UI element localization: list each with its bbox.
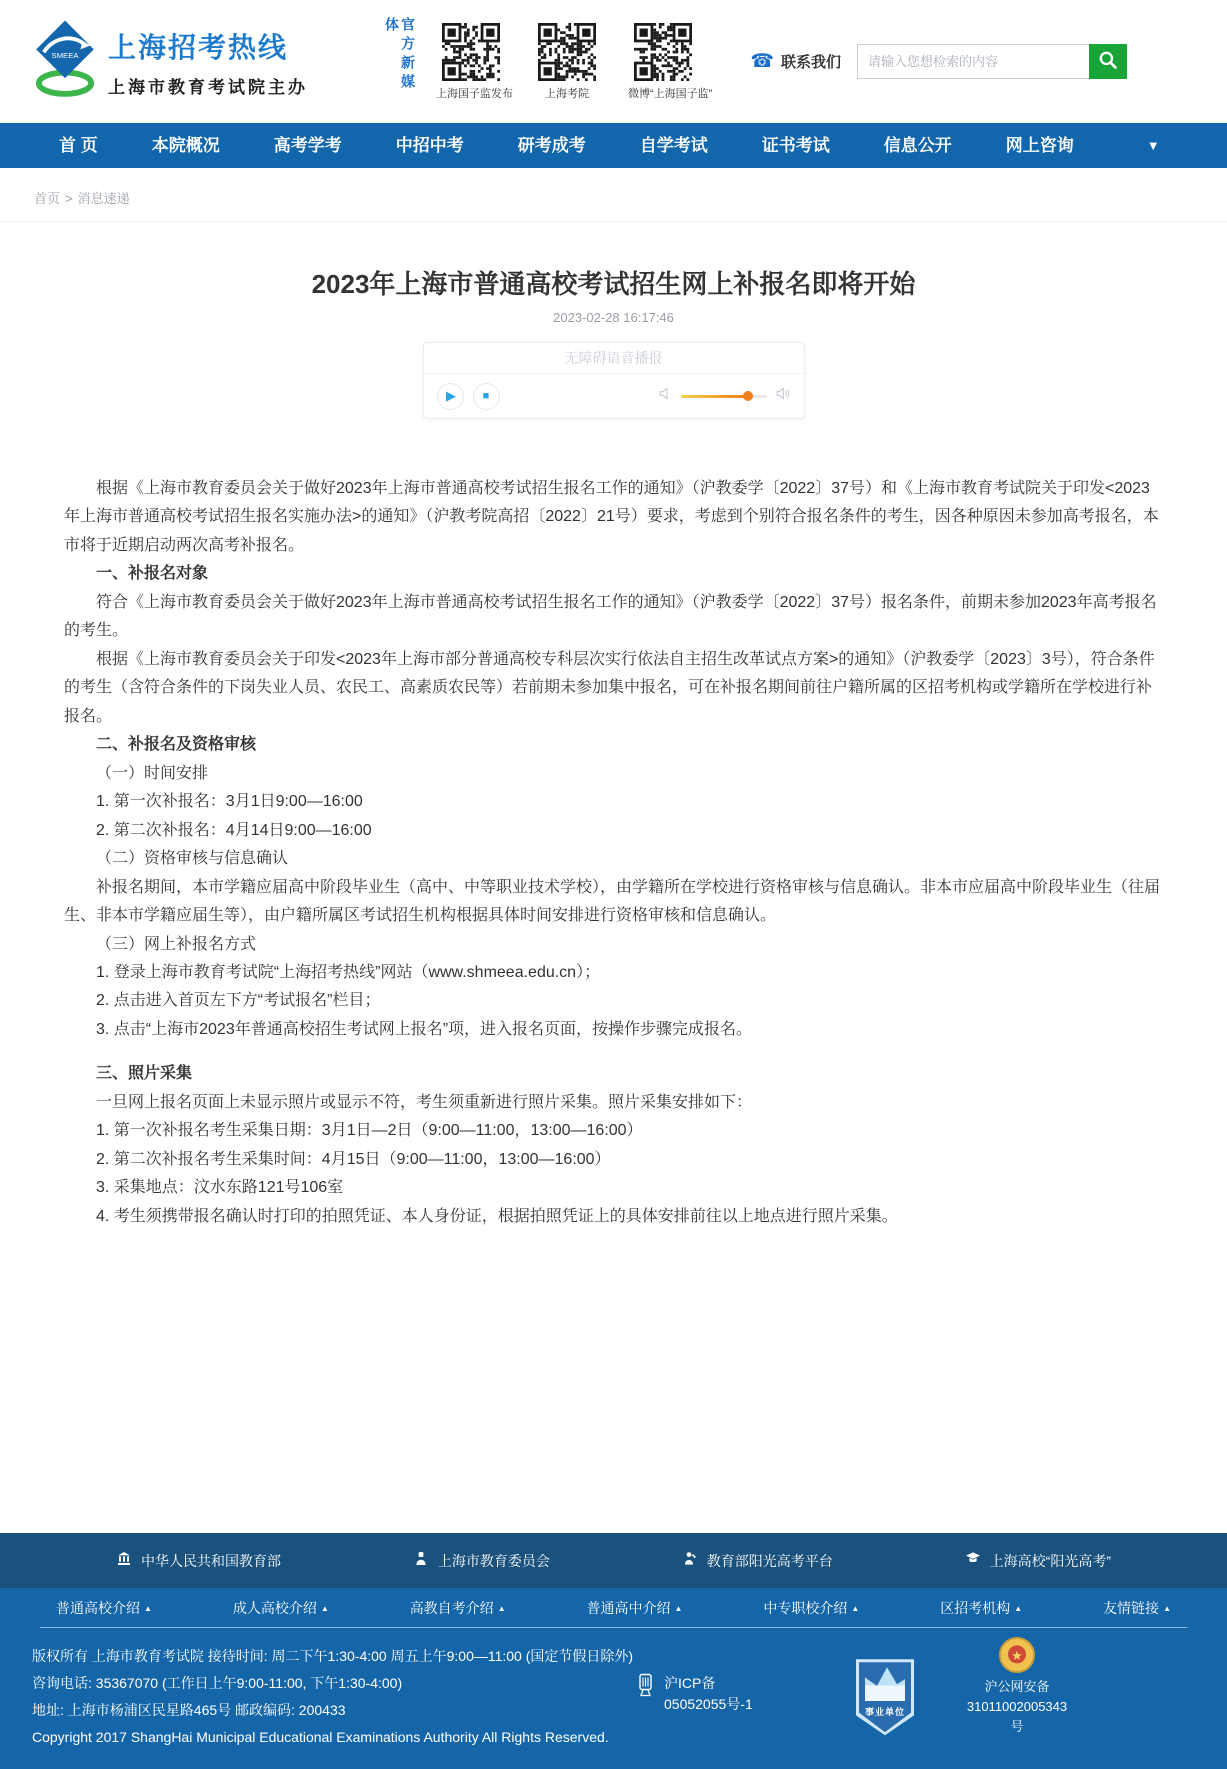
play-button[interactable]: ▶ (437, 383, 464, 410)
article-paragraph: 根据《上海市教育委员会关于印发<2023年上海市部分普通高校专科层次实行依法自主… (64, 646, 1163, 731)
page: SMEEA 上海招考热线 上海市教育考试院主办 官方新媒体 上海国子监发布 上海… (0, 0, 1227, 1769)
phone-icon: ☎ (750, 50, 774, 73)
chevron-up-icon: ▲ (498, 1604, 506, 1613)
footer-category-label: 成人高校介绍 (233, 1600, 317, 1616)
contact-us-link[interactable]: ☎ 联系我们 (750, 50, 841, 73)
qr-code-group: 上海国子监发布 上海考院 微博“上海国子监” (436, 23, 698, 101)
search-button[interactable] (1089, 44, 1127, 79)
volume-knob[interactable] (743, 391, 753, 401)
qr-code-label: 微博“上海国子监” (628, 85, 698, 101)
footer-link-label: 上海市教育委员会 (438, 1551, 550, 1571)
chevron-up-icon: ▲ (1163, 1604, 1171, 1613)
police-record[interactable]: ★ 沪公网安备 31011002005343 号 (952, 1637, 1082, 1737)
article-paragraph: 2. 第二次补报名：4月14日9:00—16:00 (64, 817, 1163, 845)
contact-us-label: 联系我们 (781, 51, 841, 72)
article-paragraph: 3. 采集地点：汶水东路121号106室 (64, 1174, 1163, 1202)
article-paragraph: 4. 考生须携带报名确认时打印的拍照凭证、本人身份证，根据拍照凭证上的具体安排前… (64, 1203, 1163, 1231)
volume-control (659, 387, 791, 405)
chevron-up-icon: ▲ (851, 1604, 859, 1613)
article-paragraph: 2. 第二次补报名考生采集时间：4月15日（9:00—11:00，13:00—1… (64, 1146, 1163, 1174)
nav-item[interactable]: 证书考试 (735, 123, 857, 168)
footer-category-link[interactable]: 普通高校介绍▲ (56, 1598, 152, 1618)
qr-code-item: 上海国子监发布 (436, 23, 506, 101)
qr-code-image (538, 23, 596, 81)
chevron-up-icon: ▲ (675, 1604, 683, 1613)
qr-code-image (634, 23, 692, 81)
footer-category-link[interactable]: 高教自考介绍▲ (410, 1598, 506, 1618)
site-logo[interactable]: SMEEA 上海招考热线 上海市教育考试院主办 (34, 19, 308, 104)
footer-category-link[interactable]: 区招考机构▲ (940, 1598, 1022, 1618)
icp-record[interactable]: 沪ICP备 05052055号-1 (636, 1673, 753, 1715)
article-paragraph: （三）网上补报名方式 (64, 931, 1163, 959)
police-line3: 号 (952, 1717, 1082, 1737)
breadcrumb: 首页>消息速递 (0, 168, 1227, 222)
audio-player: 无障碍语音播报 ▶ ■ (423, 342, 805, 419)
header: SMEEA 上海招考热线 上海市教育考试院主办 官方新媒体 上海国子监发布 上海… (0, 0, 1227, 123)
footer-link-label: 教育部阳光高考平台 (707, 1551, 833, 1571)
official-new-media-label: 官方新媒体 (384, 17, 416, 107)
search-input[interactable] (857, 44, 1089, 79)
volume-mute-icon (659, 387, 672, 405)
chevron-up-icon: ▲ (321, 1604, 329, 1613)
article-paragraph: 1. 登录上海市教育考试院“上海招考热线”网站（www.shmeea.edu.c… (64, 959, 1163, 987)
footer-divider (40, 1627, 1187, 1628)
volume-max-icon (776, 387, 791, 405)
article-paragraph: 二、补报名及资格审核 (64, 731, 1163, 759)
badge-label: 事业单位 (865, 1705, 905, 1718)
nav-item[interactable]: 中招中考 (369, 123, 491, 168)
footer-link-gaokao-platform[interactable]: 教育部阳光高考平台 (682, 1551, 833, 1571)
person-icon (413, 1551, 429, 1570)
article-paragraph: 1. 第一次补报名：3月1日9:00—16:00 (64, 788, 1163, 816)
footer-site-links: 中华人民共和国教育部 上海市教育委员会 教育部阳光高考平台 上海高校“阳光高考” (0, 1533, 1227, 1588)
article: 2023年上海市普通高校考试招生网上补报名即将开始 2023-02-28 16:… (0, 222, 1227, 1533)
icp-badge-icon (636, 1673, 655, 1702)
qr-code-image (442, 23, 500, 81)
landmark-icon (116, 1551, 132, 1570)
footer-link-label: 上海高校“阳光高考” (990, 1551, 1111, 1571)
footer-link-moe[interactable]: 中华人民共和国教育部 (116, 1551, 281, 1571)
nav-item[interactable]: 网上咨询 (979, 123, 1101, 168)
footer-category-links: 普通高校介绍▲成人高校介绍▲高教自考介绍▲普通高中介绍▲中专职校介绍▲区招考机构… (0, 1588, 1227, 1627)
page-title: 2023年上海市普通高校考试招生网上补报名即将开始 (0, 264, 1227, 301)
stop-icon: ■ (483, 390, 490, 402)
footer-link-label: 中华人民共和国教育部 (141, 1551, 281, 1571)
stop-button[interactable]: ■ (473, 383, 500, 410)
chevron-up-icon: ▲ (144, 1604, 152, 1613)
person-writing-icon (682, 1551, 698, 1570)
play-icon: ▶ (446, 388, 456, 404)
footer-category-link[interactable]: 中专职校介绍▲ (763, 1598, 859, 1618)
article-paragraph: 根据《上海市教育委员会关于做好2023年上海市普通高校考试招生报名工作的通知》（… (64, 475, 1163, 560)
article-paragraph: 补报名期间，本市学籍应届高中阶段毕业生（高中、中等职业技术学校），由学籍所在学校… (64, 874, 1163, 931)
article-paragraph: 2. 点击进入首页左下方“考试报名”栏目； (64, 987, 1163, 1015)
graduate-icon (965, 1551, 981, 1570)
icp-line2: 05052055号-1 (664, 1694, 753, 1715)
article-paragraph: （一）时间安排 (64, 760, 1163, 788)
volume-slider[interactable] (681, 395, 767, 398)
nav-item[interactable]: 自学考试 (613, 123, 735, 168)
search-icon (1098, 50, 1118, 73)
footer-category-label: 中专职校介绍 (763, 1600, 847, 1616)
article-paragraph: 3. 点击“上海市2023年普通高校招生考试网上报名”项，进入报名页面，按操作步… (64, 1016, 1163, 1044)
police-line2: 31011002005343 (952, 1697, 1082, 1717)
chevron-down-icon: ▼ (1147, 138, 1160, 153)
nav-item[interactable]: 高考学考 (247, 123, 369, 168)
nav-item[interactable]: 研考成考 (491, 123, 613, 168)
breadcrumb-home-link[interactable]: 首页 (34, 191, 60, 206)
footer-category-label: 友情链接 (1103, 1600, 1159, 1616)
audio-player-controls: ▶ ■ (424, 374, 804, 418)
breadcrumb-current[interactable]: 消息速递 (78, 191, 130, 206)
svg-text:SMEEA: SMEEA (51, 51, 79, 60)
footer-link-shmec[interactable]: 上海市教育委员会 (413, 1551, 550, 1571)
chevron-up-icon: ▲ (1014, 1604, 1022, 1613)
qr-code-label: 上海考院 (532, 85, 602, 101)
main-nav: 首 页本院概况高考学考中招中考研考成考自学考试证书考试信息公开网上咨询 ▼ (0, 123, 1227, 168)
footer-link-sunshine-gaokao[interactable]: 上海高校“阳光高考” (965, 1551, 1111, 1571)
police-emblem-icon: ★ (999, 1637, 1035, 1673)
breadcrumb-separator: > (65, 191, 73, 206)
icp-line1: 沪ICP备 (664, 1673, 753, 1694)
article-paragraph: 1. 第一次补报名考生采集日期：3月1日—2日（9:00—11:00，13:00… (64, 1117, 1163, 1145)
article-paragraph: 三、照片采集 (64, 1060, 1163, 1088)
footer-category-label: 区招考机构 (940, 1600, 1010, 1616)
footer-bottom: 版权所有 上海市教育考试院 接待时间: 周二下午1:30-4:00 周五上午9:… (0, 1627, 1227, 1769)
qr-code-item: 上海考院 (532, 23, 602, 101)
logo-emblem-icon: SMEEA (34, 19, 96, 104)
article-paragraph: 一旦网上报名页面上未显示照片或显示不符，考生须重新进行照片采集。照片采集安排如下… (64, 1089, 1163, 1117)
badge-mountain-art (865, 1667, 905, 1701)
footer-category-label: 普通高校介绍 (56, 1600, 140, 1616)
audio-player-title: 无障碍语音播报 (424, 343, 804, 374)
article-paragraph: （二）资格审核与信息确认 (64, 845, 1163, 873)
police-line1: 沪公网安备 (952, 1677, 1082, 1697)
article-paragraph: 一、补报名对象 (64, 560, 1163, 588)
site-subtitle: 上海市教育考试院主办 (108, 73, 308, 98)
article-body: 根据《上海市教育委员会关于做好2023年上海市普通高校考试招生报名工作的通知》（… (0, 419, 1227, 1533)
footer-category-link[interactable]: 成人高校介绍▲ (233, 1598, 329, 1618)
site-title: 上海招考热线 (108, 32, 288, 63)
header-right: ☎ 联系我们 (750, 44, 1127, 79)
star-icon: ★ (1011, 1649, 1023, 1662)
qr-code-label: 上海国子监发布 (436, 85, 506, 101)
qr-code-item: 微博“上海国子监” (628, 23, 698, 101)
footer-category-link[interactable]: 友情链接▲ (1103, 1598, 1171, 1618)
nav-item[interactable]: 本院概况 (125, 123, 247, 168)
article-date: 2023-02-28 16:17:46 (0, 310, 1227, 325)
footer: 中华人民共和国教育部 上海市教育委员会 教育部阳光高考平台 上海高校“阳光高考”… (0, 1533, 1227, 1769)
nav-item[interactable]: 信息公开 (857, 123, 979, 168)
footer-category-label: 普通高中介绍 (587, 1600, 671, 1616)
footer-category-link[interactable]: 普通高中介绍▲ (587, 1598, 683, 1618)
nav-item[interactable]: 首 页 (32, 123, 125, 168)
article-paragraph: 符合《上海市教育委员会关于做好2023年上海市普通高校考试招生报名工作的通知》（… (64, 589, 1163, 646)
search-box (857, 44, 1127, 79)
nav-more-button[interactable]: ▼ (1101, 138, 1160, 153)
footer-category-label: 高教自考介绍 (410, 1600, 494, 1616)
